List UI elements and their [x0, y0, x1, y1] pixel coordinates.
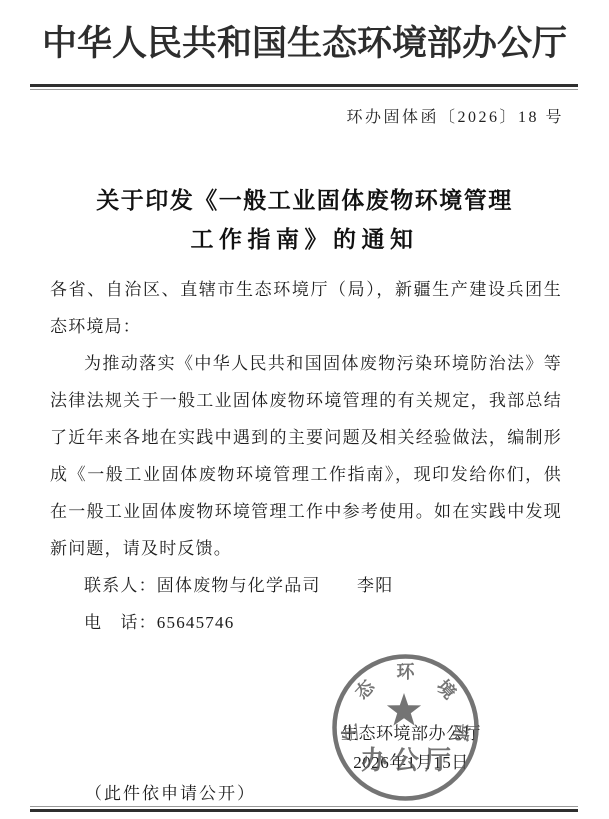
salutation-line: 各省、自治区、直辖市生态环境厅（局），新疆生产建设兵团生态环境局：: [50, 271, 562, 345]
footer-divider-rule: [30, 806, 578, 812]
notice-title-line2: 工作指南》的通知: [0, 220, 609, 259]
main-paragraph: 为推动落实《中华人民共和国固体废物污染环境防治法》等法律法规关于一般工业固体废物…: [50, 345, 562, 567]
header-divider-thin-line: [30, 89, 578, 90]
signature-date: 2026年1月15日: [333, 748, 489, 777]
official-document-page: 中华人民共和国生态环境部办公厅 环办固体函〔2026〕18 号 关于印发《一般工…: [0, 0, 609, 819]
signature-block: 生态环境部办公厅 2026年1月15日: [333, 719, 489, 777]
signature-org: 生态环境部办公厅: [333, 719, 489, 748]
footer-divider-thick-line: [30, 809, 578, 812]
document-body: 各省、自治区、直辖市生态环境厅（局），新疆生产建设兵团生态环境局： 为推动落实《…: [50, 271, 562, 641]
seal-arc-char: 态: [351, 675, 379, 703]
seal-arc-char: 环: [397, 662, 416, 682]
document-reference-number: 环办固体函〔2026〕18 号: [346, 104, 564, 127]
notice-title-line1: 关于印发《一般工业固体废物环境管理: [0, 181, 609, 220]
notice-title: 关于印发《一般工业固体废物环境管理 工作指南》的通知: [0, 181, 609, 259]
contact-person-line: 联系人：固体废物与化学品司 李阳: [50, 567, 562, 604]
header-divider-rule: [30, 84, 578, 90]
disclosure-note: （此件依申请公开）: [85, 779, 256, 804]
issuing-org-title: 中华人民共和国生态环境部办公厅: [0, 16, 609, 66]
footer-divider-thin-line: [30, 806, 578, 807]
phone-number-line: 电 话：65645746: [50, 604, 562, 641]
seal-arc-char: 境: [433, 676, 461, 703]
